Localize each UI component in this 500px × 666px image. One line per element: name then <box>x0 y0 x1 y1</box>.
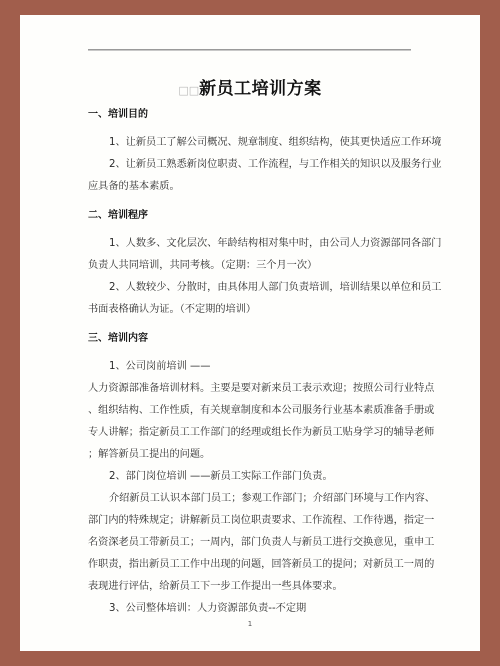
paragraph-line: 专人讲解；指定新员工工作部门的经理或组长作为新员工贴身学习的辅导老师 <box>88 423 434 438</box>
paragraph-line: 1、人数多、文化层次、年龄结构相对集中时，由公司人力资源部同各部门 <box>109 234 441 249</box>
header-rule <box>88 49 411 51</box>
paragraph-line: 、组织结构、工作性质，有关规章制度和本公司服务行业基本素质准备手册或 <box>88 401 434 416</box>
missing-glyph-placeholder: □□ <box>178 84 199 97</box>
paragraph-line: 书面表格确认为证。（不定期的培训） <box>88 300 256 315</box>
section-heading-procedure: 二、培训程序 <box>88 206 148 221</box>
paragraph-line: 介绍新员工认识本部门员工；参观工作部门；介绍部门环境与工作内容、 <box>109 489 435 504</box>
paragraph-line: 2、部门岗位培训 ——新员工实际工作部门负责。 <box>109 467 333 482</box>
paragraph-line: 2、让新员工熟悉新岗位职责、工作流程，与工作相关的知识以及服务行业 <box>109 155 441 170</box>
paragraph-line: 表现进行评估，给新员工下一步工作提出一些具体要求。 <box>88 577 343 592</box>
paragraph-line: 部门内的特殊规定；讲解新员工岗位职责要求、工作流程、工作待遇，指定一 <box>88 511 434 526</box>
paragraph-line: 1、让新员工了解公司概况、规章制度、组织结构，使其更快适应工作环境 <box>109 133 441 148</box>
section-heading-content: 三、培训内容 <box>88 329 148 344</box>
page-number: 1 <box>20 620 480 628</box>
paragraph-line: 名资深老员工带新员工；一周内，部门负责人与新员工进行交换意见，重申工 <box>88 533 434 548</box>
paragraph-line: 2、人数较少、分散时，由具体用人部门负责培训，培训结果以单位和员工 <box>109 278 441 293</box>
paragraph-line: 人力资源部准备培训材料。主要是要对新来员工表示欢迎；按照公司行业特点 <box>88 379 434 394</box>
paragraph-line: 1、公司岗前培训 —— <box>109 357 210 372</box>
section-heading-purpose: 一、培训目的 <box>88 105 148 120</box>
paragraph-line: ；解答新员工提出的问题。 <box>88 445 210 460</box>
paragraph-line: 负责人共同培训，共同考核。（定期：三个月一次） <box>88 256 317 271</box>
paragraph-line: 作职责，指出新员工工作中出现的问题，回答新员工的提问；对新员工一周的 <box>88 555 434 570</box>
title-text: 新员工培训方案 <box>199 79 322 99</box>
paragraph-line: 应具备的基本素质。 <box>88 177 180 192</box>
document-page: □□新员工培训方案 一、培训目的 1、让新员工了解公司概况、规章制度、组织结构，… <box>20 15 480 651</box>
document-title: □□新员工培训方案 <box>20 74 480 99</box>
paragraph-line: 3、公司整体培训：人力资源部负责--不定期 <box>109 599 306 614</box>
